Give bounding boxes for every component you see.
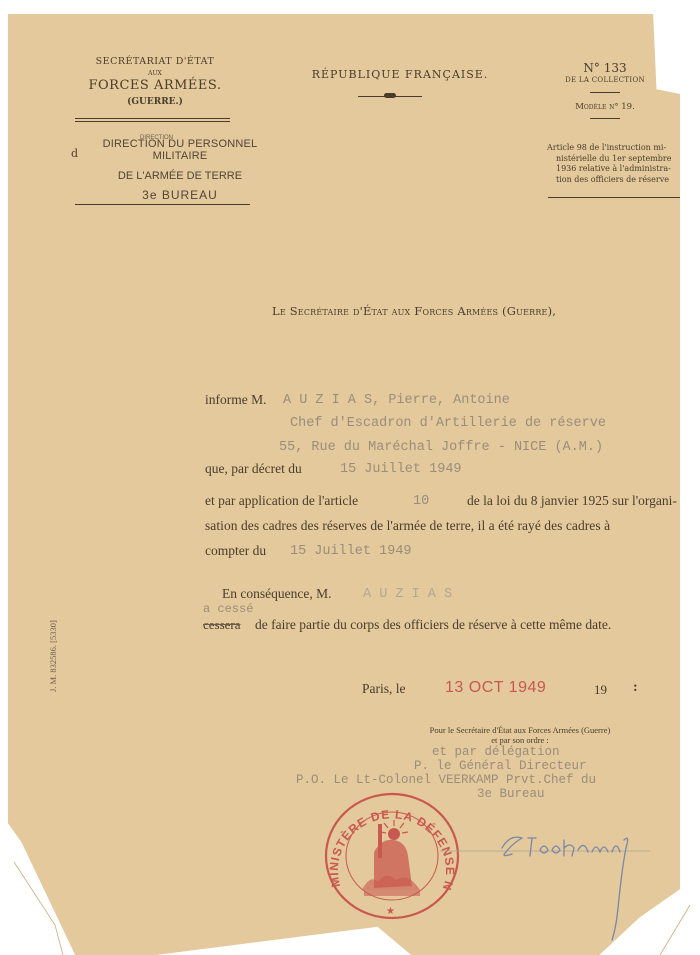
article-line: tion des officiers de réserve xyxy=(547,175,682,186)
signature-printed: Pour le Secrétaire d'État aux Forces Arm… xyxy=(390,725,650,745)
header-prefix-d: d xyxy=(71,147,78,160)
decret-date: 15 Juillet 1949 xyxy=(340,462,462,477)
recipient-rank: Chef d'Escadron d'Artillerie de réserve xyxy=(290,416,606,431)
date-stamp: 13 OCT 1949 xyxy=(445,679,546,697)
struck-word: cessera xyxy=(203,617,241,633)
collection-number: N° 133 xyxy=(540,61,670,75)
recipient-name: A U Z I A S, Pierre, Antoine xyxy=(283,393,510,408)
header-guerre: (GUERRE.) xyxy=(70,97,240,107)
signature-printed-line2: et par son ordre : xyxy=(390,735,650,745)
article-number: 10 xyxy=(413,494,429,509)
typed-colonel: P.O. Le Lt-Colonel VEERKAMP Prvt.Chef du xyxy=(296,773,596,787)
article-label: et par application de l'article xyxy=(205,493,358,509)
typed-bureau: 3e Bureau xyxy=(477,787,545,801)
sation-line: sation des cadres des réserves de l'armé… xyxy=(205,518,610,534)
header-right: N° 133 DE LA COLLECTION Modèle n° 19. xyxy=(540,61,670,119)
model-number: Modèle n° 19. xyxy=(540,102,670,112)
dateline-colon: : xyxy=(633,680,638,696)
header-left-rule xyxy=(75,118,230,119)
recipient-address: 55, Rue du Maréchal Joffre - NICE (A.M.) xyxy=(279,440,603,455)
direction-stamp: DIRECTION DU PERSONNEL MILITAIRE DE L'AR… xyxy=(80,138,280,202)
header-right-rule xyxy=(548,197,680,198)
collection-label: DE LA COLLECTION xyxy=(540,76,670,84)
article-line: Article 98 de l'instruction mi- xyxy=(547,143,682,154)
model-rule xyxy=(590,118,620,119)
article-note: Article 98 de l'instruction mi- nistérie… xyxy=(547,143,682,185)
typed-correction: a cessé xyxy=(203,602,253,616)
stamp-direction-line: DIRECTION DU PERSONNEL MILITAIRE xyxy=(80,138,280,162)
article-line: nistérielle du 1er septembre xyxy=(547,154,682,165)
stamp-armee-line: DE L'ARMÉE DE TERRE xyxy=(80,170,280,182)
decret-label: que, par décret du xyxy=(205,461,302,477)
header-aux: AUX xyxy=(70,70,240,77)
header-forces-armees: FORCES ARMÉES. xyxy=(70,78,240,93)
collection-rule xyxy=(590,92,620,93)
margin-print-ref: J. M. 832586. [5330] xyxy=(48,620,58,692)
loi-text: de la loi du 8 janvier 1925 sur l'organi… xyxy=(467,493,677,509)
handwritten-signature xyxy=(440,828,680,948)
republique-francaise: RÉPUBLIQUE FRANÇAISE. xyxy=(280,68,520,81)
signature-printed-line1: Pour le Secrétaire d'État aux Forces Arm… xyxy=(390,725,650,735)
header-left-rule-2 xyxy=(75,121,230,122)
place-label: Paris, le xyxy=(362,681,406,697)
stamp-bureau-line: 3e BUREAU xyxy=(80,188,280,202)
salutation: Le Secrétaire d'État aux Forces Armées (… xyxy=(272,304,556,318)
header-left-rule-3 xyxy=(75,204,250,205)
seal-star: ★ xyxy=(386,906,395,917)
compter-date: 15 Juillet 1949 xyxy=(290,544,412,559)
consequence-label: En conséquence, M. xyxy=(222,586,331,602)
header-left: SECRÉTARIAT D'ÉTAT AUX FORCES ARMÉES. (G… xyxy=(70,56,240,107)
typed-delegation: et par délégation xyxy=(432,745,560,759)
ornament-icon xyxy=(384,93,396,98)
consequence-name: A U Z I A S xyxy=(363,587,452,602)
signature-icon xyxy=(440,828,680,948)
header-secretariat: SECRÉTARIAT D'ÉTAT xyxy=(70,56,240,67)
final-line: de faire partie du corps des officiers d… xyxy=(255,617,611,633)
year-prefix: 19 xyxy=(594,682,607,698)
compter-label: compter du xyxy=(205,543,266,559)
informe-label: informe M. xyxy=(205,392,267,408)
article-line: 1936 relative à l'administra- xyxy=(547,164,682,175)
typed-general: P. le Général Directeur xyxy=(414,759,587,773)
